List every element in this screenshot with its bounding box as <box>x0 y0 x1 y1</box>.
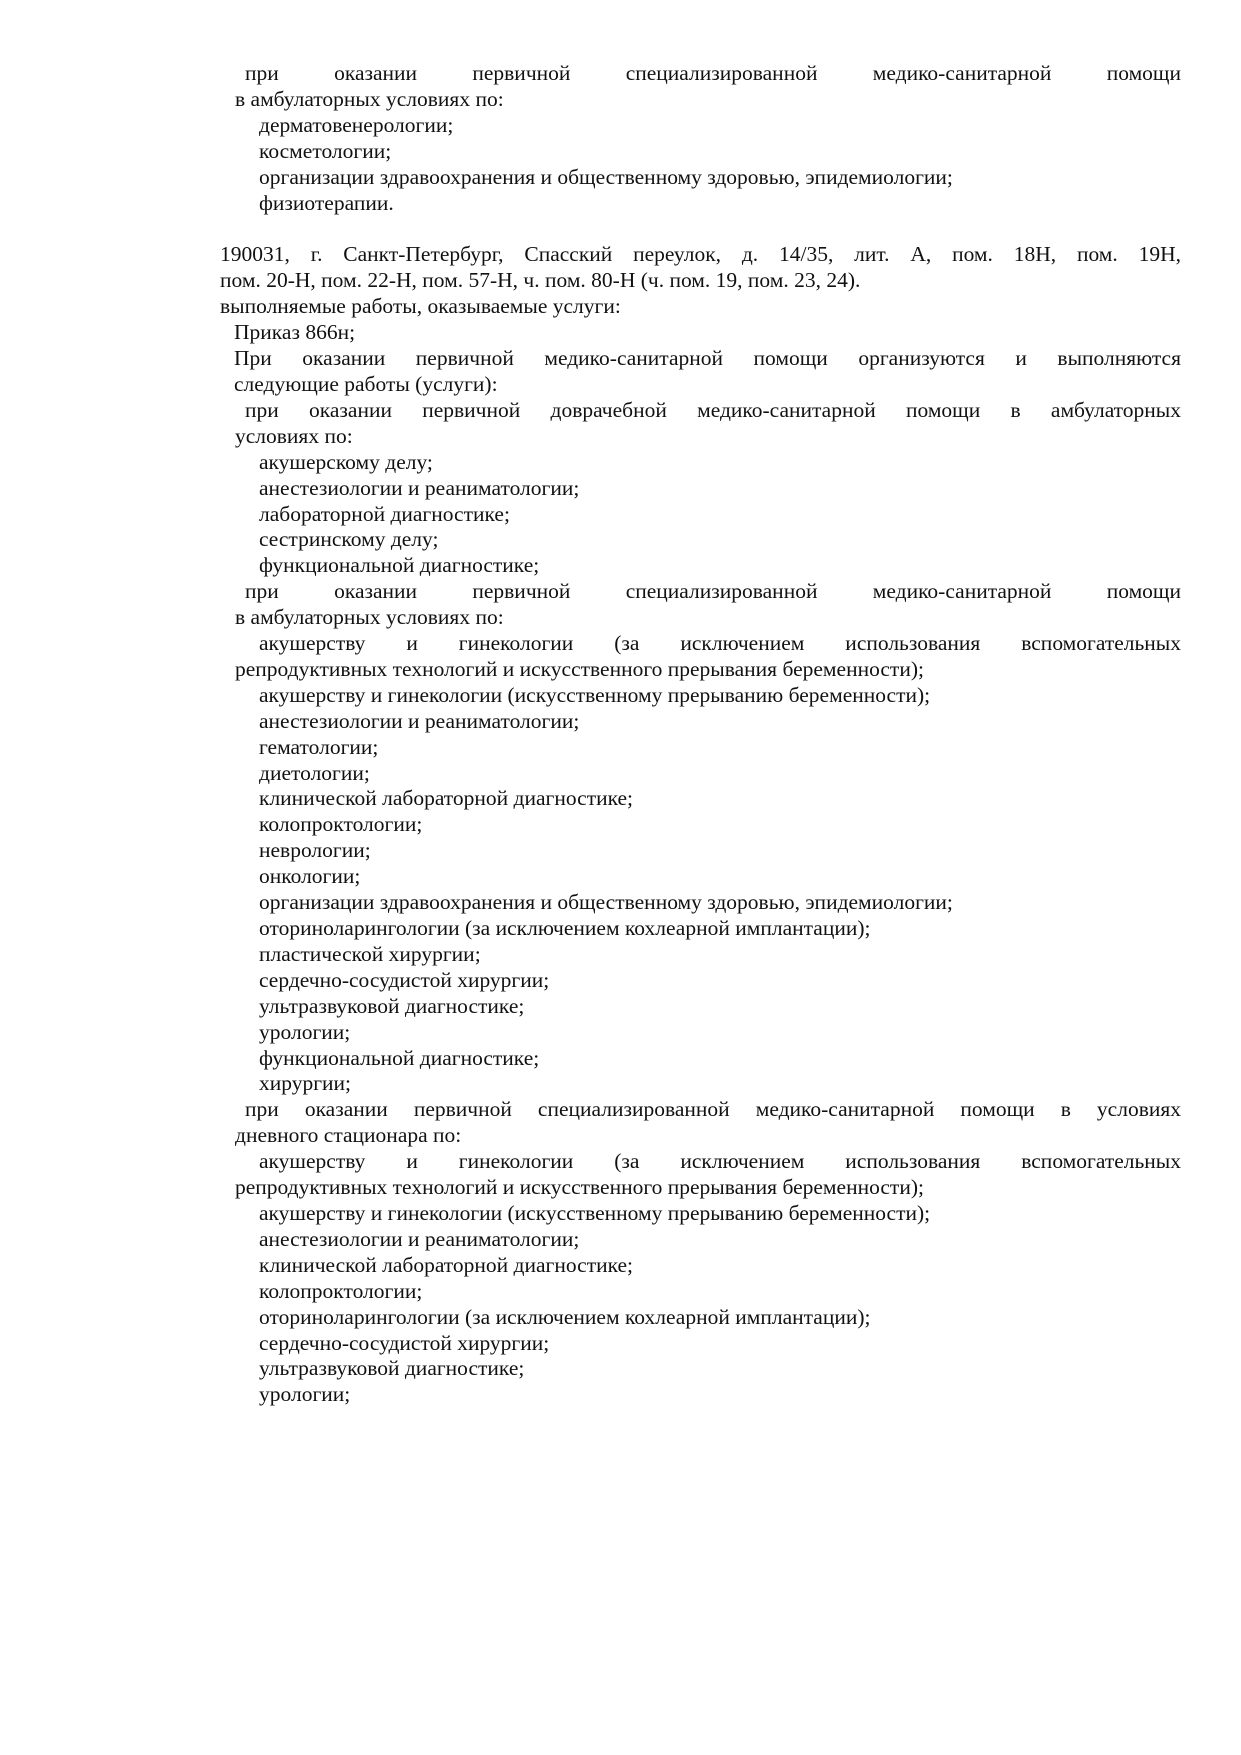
day-hospital-section: при оказании первичной специализированно… <box>221 1097 1181 1408</box>
list-item: анестезиологии и реаниматологии; <box>221 1227 1181 1253</box>
section-heading-continuation: дневного стационара по: <box>221 1123 1181 1149</box>
list-item: пластической хирургии; <box>221 942 1181 968</box>
list-item: ультразвуковой диагностике; <box>221 994 1181 1020</box>
list-item: урологии; <box>221 1020 1181 1046</box>
list-item: акушерству и гинекологии (за исключением… <box>221 631 1181 657</box>
section-heading: при оказании первичной доврачебной медик… <box>221 398 1181 424</box>
list-item: функциональной диагностике; <box>221 553 1181 579</box>
document-page: при оказании первичной специализированно… <box>221 61 1181 1408</box>
list-item: ультразвуковой диагностике; <box>221 1356 1181 1382</box>
list-item: акушерству и гинекологии (искусственному… <box>221 1201 1181 1227</box>
address-line: пом. 20-Н, пом. 22-Н, пом. 57-Н, ч. пом.… <box>220 268 1181 294</box>
intro-text-continuation: следующие работы (услуги): <box>220 372 1181 398</box>
prehospital-section: при оказании первичной доврачебной медик… <box>221 398 1181 579</box>
section-heading-continuation: условиях по: <box>221 424 1181 450</box>
intro-text: При оказании первичной медико-санитарной… <box>220 346 1181 372</box>
list-item: оториноларингологии (за исключением кохл… <box>221 1305 1181 1331</box>
section-heading: при оказании первичной специализированно… <box>221 1097 1181 1123</box>
list-item: акушерскому делу; <box>221 450 1181 476</box>
list-item: анестезиологии и реаниматологии; <box>221 709 1181 735</box>
works-label: выполняемые работы, оказываемые услуги: <box>220 294 1181 320</box>
list-item: акушерству и гинекологии (искусственному… <box>221 683 1181 709</box>
address-section: 190031, г. Санкт-Петербург, Спасский пер… <box>220 242 1181 397</box>
list-item: неврологии; <box>221 838 1181 864</box>
list-item: хирургии; <box>221 1071 1181 1097</box>
order-reference: Приказ 866н; <box>220 320 1181 346</box>
list-item: колопроктологии; <box>221 1279 1181 1305</box>
list-item: клинической лабораторной диагностике; <box>221 1253 1181 1279</box>
list-item: сестринскому делу; <box>221 527 1181 553</box>
list-item: анестезиологии и реаниматологии; <box>221 476 1181 502</box>
section-heading: при оказании первичной специализированно… <box>221 61 1181 87</box>
list-item: сердечно-сосудистой хирургии; <box>221 968 1181 994</box>
list-item: онкологии; <box>221 864 1181 890</box>
list-item: сердечно-сосудистой хирургии; <box>221 1331 1181 1357</box>
list-item: колопроктологии; <box>221 812 1181 838</box>
outpatient-section: при оказании первичной специализированно… <box>221 579 1181 1097</box>
list-item: организации здравоохранения и общественн… <box>221 890 1181 916</box>
top-section: при оказании первичной специализированно… <box>221 61 1181 216</box>
list-item: функциональной диагностике; <box>221 1046 1181 1072</box>
list-item: организации здравоохранения и общественн… <box>221 165 1181 191</box>
list-item: урологии; <box>221 1382 1181 1408</box>
list-item: физиотерапии. <box>221 191 1181 217</box>
list-item: гематологии; <box>221 735 1181 761</box>
list-item: лабораторной диагностике; <box>221 502 1181 528</box>
list-item: оториноларингологии (за исключением кохл… <box>221 916 1181 942</box>
section-heading: при оказании первичной специализированно… <box>221 579 1181 605</box>
section-heading-continuation: в амбулаторных условиях по: <box>221 605 1181 631</box>
paragraph-spacer <box>221 216 1181 242</box>
list-item: клинической лабораторной диагностике; <box>221 786 1181 812</box>
list-item: акушерству и гинекологии (за исключением… <box>221 1149 1181 1175</box>
list-item: диетологии; <box>221 761 1181 787</box>
list-item-continuation: репродуктивных технологий и искусственно… <box>221 657 1181 683</box>
list-item: косметологии; <box>221 139 1181 165</box>
address-line: 190031, г. Санкт-Петербург, Спасский пер… <box>220 242 1181 268</box>
section-heading-continuation: в амбулаторных условиях по: <box>221 87 1181 113</box>
list-item-continuation: репродуктивных технологий и искусственно… <box>221 1175 1181 1201</box>
list-item: дерматовенерологии; <box>221 113 1181 139</box>
